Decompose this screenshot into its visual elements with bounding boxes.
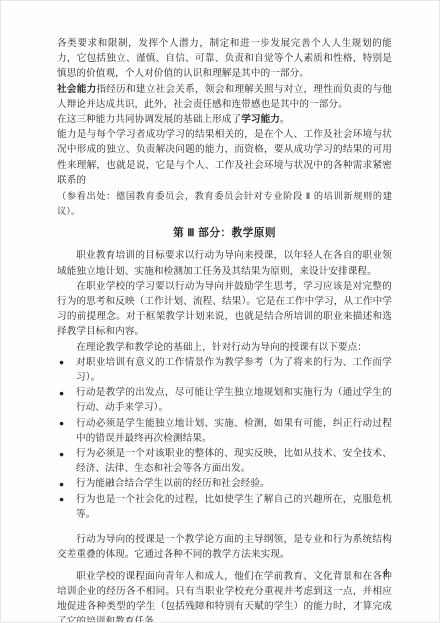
- bullet-icon: ●: [59, 355, 64, 370]
- paragraph-school-learning: 在职业学校的学习要以行动为导向并鼓励学生思考，学习应该是对完整的行为的思考和反映…: [57, 279, 392, 340]
- learning-competence-lead: 在这三种能力共同协调发展的基础上形成了: [57, 114, 241, 125]
- bullet-text: 行为能融合结合学生以前的经历和社会经验。: [76, 478, 270, 489]
- bullet-text: 行为也是一个社会化的过程，比如使学生了解自己的兴趣所在，克服危机等。: [76, 494, 392, 520]
- page-content: 各类要求和限制，发挥个人潜力，制定和进一步发展完善个人人生规划的能力，它包括独立…: [57, 36, 392, 623]
- bullet-text: 对职业培训有意义的工作情景作为教学参考（为了将来的行为、工作而学习）。: [76, 357, 392, 383]
- bullet-item-socialization: ●行为也是一个社会化的过程，比如使学生了解自己的兴趣所在，克服危机等。: [57, 492, 392, 522]
- key-points-list: ●对职业培训有意义的工作情景作为教学参考（为了将来的行为、工作而学习）。 ●行动…: [57, 355, 392, 522]
- bullet-item-independent-plan: ●行动必须是学生能独立地计划、实施、检测，如果有可能，纠正行动过程中的错误并最终…: [57, 416, 392, 446]
- bullet-item-action-start: ●行动是教学的出发点，尽可能让学生独立地规划和实施行为（通过学生的行动、动手来学…: [57, 385, 392, 415]
- paragraph-training-goals: 职业教育培训的目标要求以行动为导向来授课，以年轻人在各自的职业领域能独立地计划、…: [57, 248, 392, 278]
- paragraph-learning-competence: 在这三种能力共同协调发展的基础上形成了学习能力。: [57, 112, 392, 127]
- paragraph-social-competence-text: 指经历和建立社会关系，领会和理解关照与对立，理性而负责的与他人辩论并达成共识，此…: [57, 84, 392, 110]
- bullet-text: 行动必须是学生能独立地计划、实施、检测，如果有可能，纠正行动过程中的错误并最终再…: [76, 418, 392, 444]
- bullet-item-holistic-reflection: ●行为必须是一个对该职业的整体的、现实反映，比如从技术、安全技术、经济、法律、生…: [57, 446, 392, 476]
- term-social-competence: 社会能力: [57, 84, 96, 95]
- paragraph-ability-definition: 能力是与每个学习者成功学习的结果相关的，是在个人、工作及社会环境与状况中形成的独…: [57, 127, 392, 188]
- bullet-list-intro: 在理论教学和教学论的基础上，针对行动为导向的授课有以下要点：: [57, 340, 392, 355]
- document-page: 各类要求和限制，发挥个人潜力，制定和进一步发展完善个人人生规划的能力，它包括独立…: [0, 0, 440, 623]
- bullet-text: 行为必须是一个对该职业的整体的、现实反映，比如从技术、安全技术、经济、法律、生态…: [76, 448, 392, 474]
- paragraph-personal-competence: 各类要求和限制，发挥个人潜力，制定和进一步发展完善个人人生规划的能力，它包括独立…: [57, 36, 392, 82]
- bullet-item-work-context: ●对职业培训有意义的工作情景作为教学参考（为了将来的行为、工作而学习）。: [57, 355, 392, 385]
- bullet-icon: ●: [59, 447, 64, 462]
- paragraph-school-mission: 职业学校的课程面向青年人和成人，他们在学前教育、文化背景和在各种培训企业的经历各…: [57, 569, 392, 623]
- bullet-icon: ●: [59, 386, 64, 401]
- paragraph-social-competence: 社会能力指经历和建立社会关系，领会和理解关照与对立，理性而负责的与他人辩论并达成…: [57, 82, 392, 112]
- bullet-text: 行动是教学的出发点，尽可能让学生独立地规划和实施行为（通过学生的行动、动手来学习…: [76, 387, 392, 413]
- bullet-icon: ●: [59, 477, 64, 492]
- paragraph-didactic-principle: 行动为导向的授课是一个教学论方面的主导纲领，是专业和行为系统结构交差重叠的体现。…: [57, 532, 392, 562]
- bullet-icon: ●: [59, 416, 64, 431]
- section-heading: 第 Ⅲ 部分：教学原则: [57, 225, 392, 240]
- learning-competence-period: 。: [280, 114, 290, 125]
- term-learning-competence: 学习能力: [241, 114, 280, 125]
- bullet-icon: ●: [59, 492, 64, 507]
- reference-note: （参看出处：德国教育委员会，教育委员会针对专业阶段 Ⅱ 的培训新规则的建议）。: [57, 189, 392, 219]
- bullet-item-prior-experience: ●行为能融合结合学生以前的经历和社会经验。: [57, 476, 392, 491]
- page-number: 4: [383, 568, 388, 578]
